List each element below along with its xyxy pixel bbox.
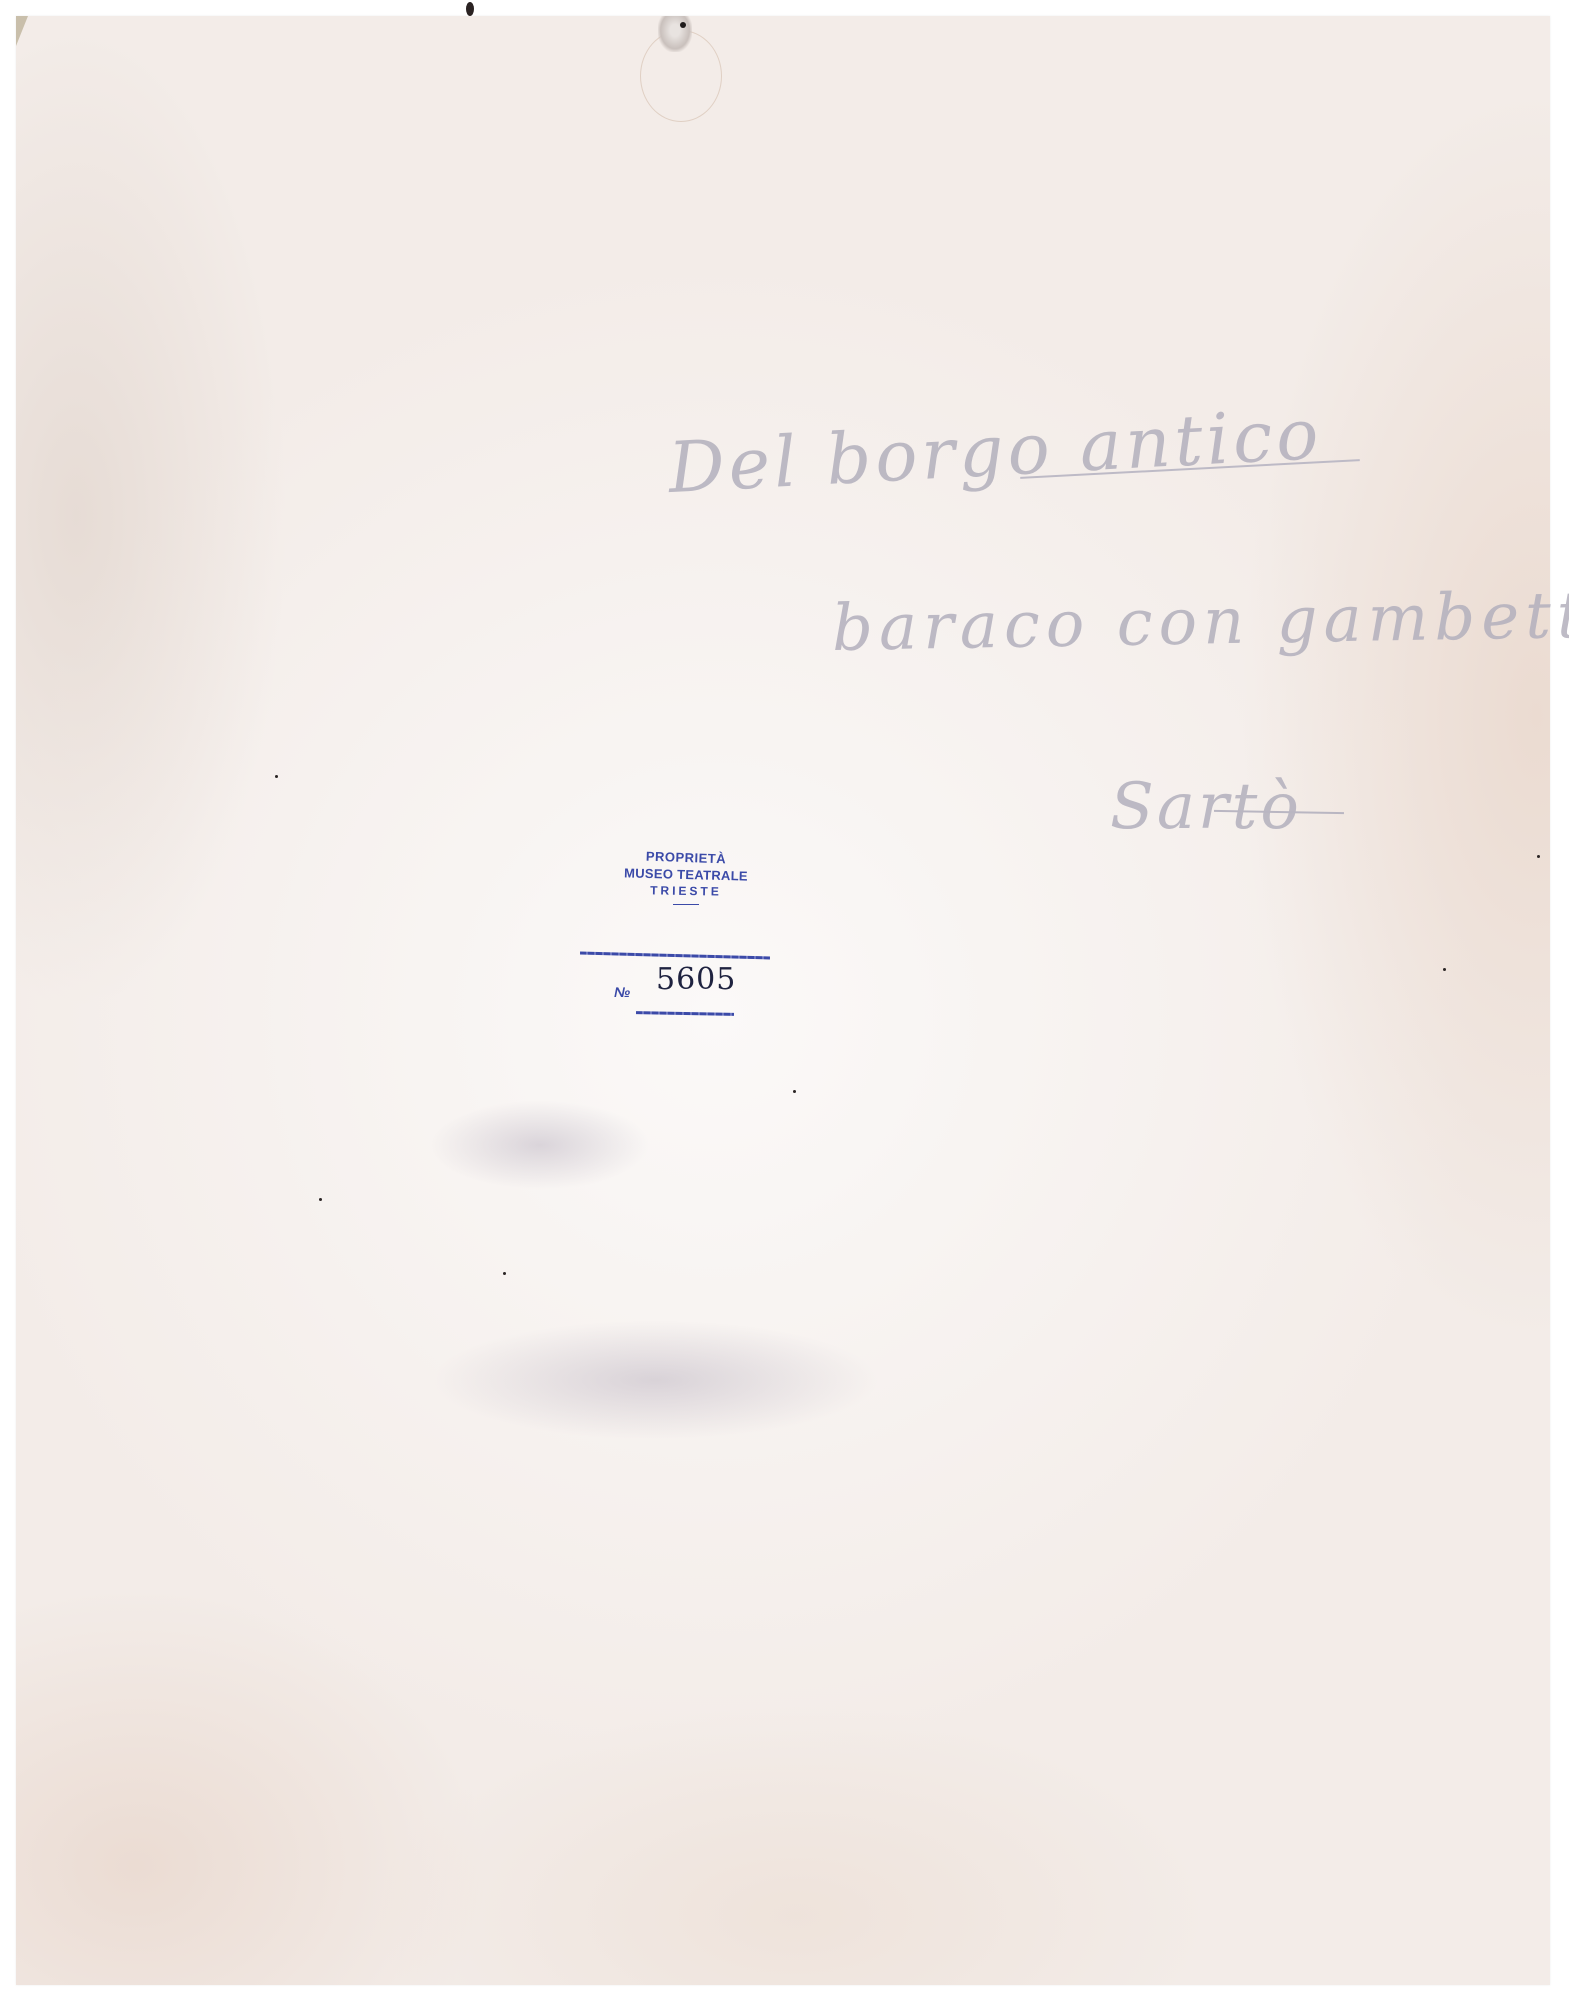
speck xyxy=(793,1090,796,1093)
museum-ownership-stamp: PROPRIETÀ MUSEO TEATRALE TRIESTE № 5605 xyxy=(596,850,776,905)
ink-dot xyxy=(680,22,686,28)
speck xyxy=(319,1198,322,1201)
speck xyxy=(1537,855,1540,858)
document-sheet xyxy=(16,16,1550,1985)
pinhole-mark xyxy=(466,2,474,16)
paper-tear xyxy=(658,16,692,52)
speck xyxy=(503,1272,506,1275)
handwritten-line-2: baraco con gambetto xyxy=(831,578,1569,666)
smudge xyxy=(430,1100,650,1190)
speck xyxy=(1443,968,1446,971)
inventory-number: 5605 xyxy=(656,962,736,997)
stamp-divider xyxy=(673,904,699,905)
speck xyxy=(275,775,278,778)
torn-corner xyxy=(16,16,28,46)
stamp-museum-name: MUSEO TEATRALE xyxy=(596,865,776,885)
stamp-city: TRIESTE xyxy=(596,882,776,899)
smudge xyxy=(430,1320,880,1440)
numero-sign-icon: № xyxy=(614,984,630,1000)
handwritten-signature: Sartò xyxy=(1110,770,1302,844)
